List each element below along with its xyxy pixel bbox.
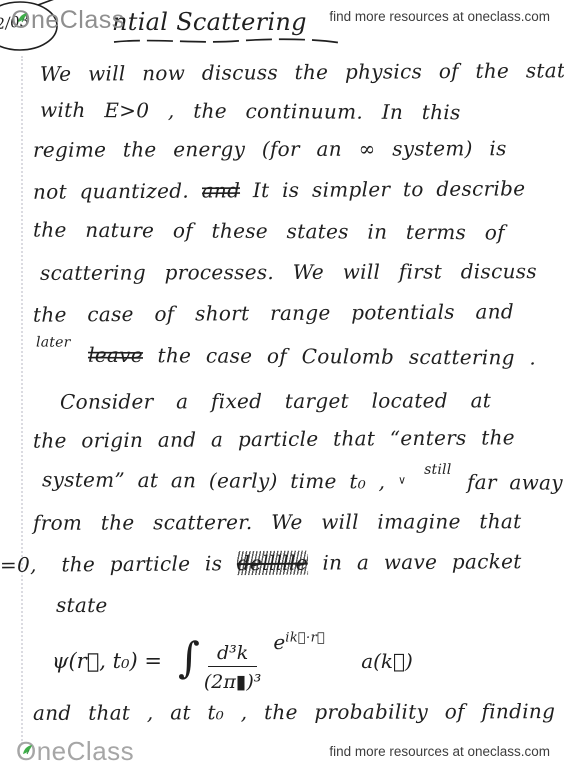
leaf-icon-svg [21,744,34,755]
fraction-numerator: d³k [208,642,257,667]
margin-fragment: =0, [0,553,37,577]
inserted-word: later [36,334,71,350]
line-fragment: the case of Coulomb scattering . [158,343,537,369]
page-title: ntial Scattering [112,8,307,36]
leaf-icon [16,1,29,12]
oneclass-logo-header: OneClass [11,6,125,35]
handwritten-line: regime the energy (for an ∞ system) is [33,136,507,162]
equation-fraction: d³k (2π▮)³ [204,642,261,693]
exp-superscript: ik⃗·r⃗ [285,630,325,645]
handwritten-line: Consider a fixed target located at [60,388,491,414]
crossed-out-word: leave [88,343,143,367]
inserted-word: still [424,462,451,478]
oneclass-logo-footer: OneClass [16,736,134,767]
line-fragment: not quantized. [33,179,189,204]
amplitude-term: a(k⃗) [361,649,413,673]
insertion-caret: ∨ [398,474,406,487]
handwritten-line: not quantized. and It is simpler to desc… [33,176,526,203]
handwritten-line: scattering processes. We will first disc… [40,259,537,285]
exp-base: e [273,630,285,654]
exponential-term: eik⃗·r⃗ [273,630,325,654]
handwritten-line: from the scatterer. We will imagine that [33,509,522,535]
leaf-icon [21,731,34,742]
handwritten-line: =0, the particle is dellllle in a wave p… [0,549,522,577]
handwritten-line: the nature of these states in terms of [33,218,505,245]
line-fragment: system” at an (early) time t₀ , [42,467,386,493]
equation-lhs: ψ(r⃗, t₀) = [52,649,162,673]
margin-rule [21,56,23,744]
handwritten-line: and that , at t₀ , the probability of fi… [33,699,555,725]
footer-tagline: find more resources at oneclass.com [329,744,550,759]
crossed-out-word: and [202,178,241,202]
handwritten-line: with E>0 , the continuum. In this [40,98,461,125]
title-underline [112,34,344,52]
line-fragment: in a wave packet [322,549,521,574]
line-fragment: It is simpler to describe [253,176,526,202]
integral-sign: ∫ [178,633,200,682]
leaf-icon-svg [16,12,29,23]
handwritten-line: the case of short range potentials and [33,299,514,326]
line-fragment: far away [467,470,563,495]
scribbled-out-word: dellllle [237,551,308,575]
line-fragment: the particle is [61,551,222,576]
handwritten-line: system” at an (early) time t₀ , ∨ still … [42,467,563,494]
fraction-denominator: (2π▮)³ [204,667,261,693]
scanned-notes-page: { "colors": { "ink": "#1f1f1f", "logo_gr… [0,0,564,770]
header-tagline: find more resources at oneclass.com [329,9,550,24]
handwritten-line: We will now discuss the physics of the s… [40,58,564,86]
handwritten-line: state [56,593,108,617]
handwritten-line: later leave the case of Coulomb scatteri… [33,342,536,369]
wave-packet-equation: ψ(r⃗, t₀) = ∫ d³k (2π▮)³ eik⃗·r⃗ a(k⃗) [52,628,413,693]
handwritten-line: the origin and a particle that “enters t… [33,425,515,452]
